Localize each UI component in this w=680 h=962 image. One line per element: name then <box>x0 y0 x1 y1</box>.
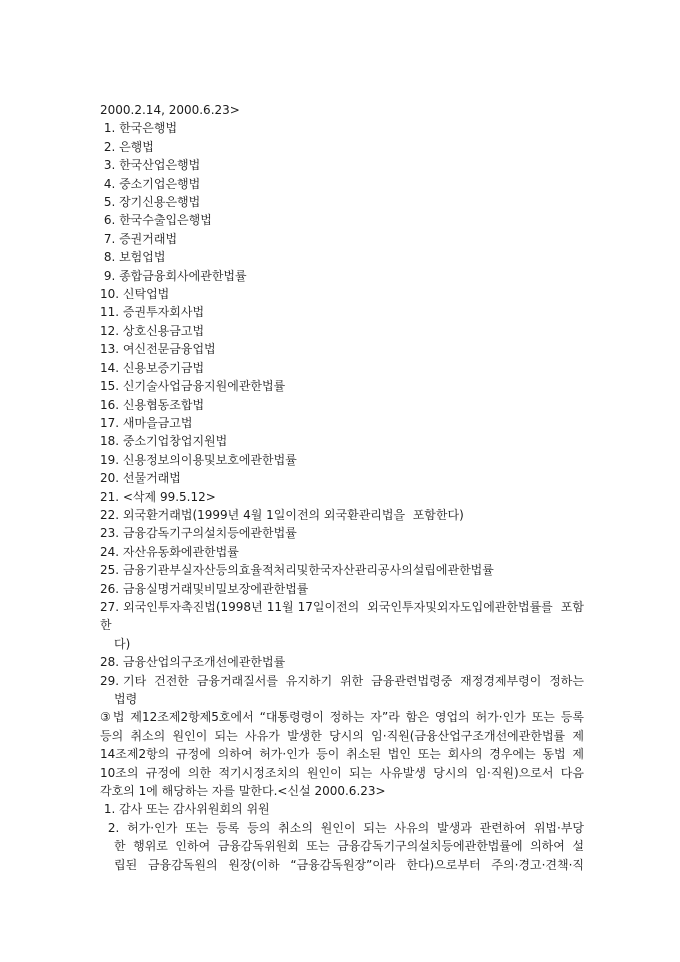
law-list-item: 29. 기타 건전한 금융거래질서를 유지하기 위한 금융관련법령중 재정경제부… <box>100 672 584 690</box>
law-list-item: 24. 자산유동화에관한법률 <box>100 543 584 561</box>
amendment-dates-line: 2000.2.14, 2000.6.23> <box>100 101 584 119</box>
law-list-item: 28. 금융산업의구조개선에관한법률 <box>100 653 584 671</box>
law-list-item: 18. 중소기업창업지원법 <box>100 432 584 450</box>
law-list-item-continuation: 법령 <box>100 690 584 708</box>
law-list-item: 2. 은행법 <box>100 138 584 156</box>
law-list-item: 10. 신탁업법 <box>100 285 584 303</box>
sub-list-item-continuation: 립된 금융감독원의 원장(이하 “금융감독원장”이라 한다)으로부터 주의·경고… <box>100 856 584 874</box>
law-list-item: 22. 외국환거래법(1999년 4월 1일이전의 외국환관리법을 포함한다) <box>100 506 584 524</box>
law-list-item: 4. 중소기업은행법 <box>100 175 584 193</box>
law-list-item: 13. 여신전문금융업법 <box>100 340 584 358</box>
paragraph-3-line: 10조의 규정에 의한 적기시정조치의 원인이 되는 사유발생 당시의 임·직원… <box>100 764 584 782</box>
law-list-item: 8. 보험업법 <box>100 248 584 266</box>
law-list-item: 11. 증권투자회사법 <box>100 303 584 321</box>
law-list-item: 9. 종합금융회사에관한법률 <box>100 267 584 285</box>
law-list-item: 26. 금융실명거래및비밀보장에관한법률 <box>100 580 584 598</box>
law-list-item: 21. <삭제 99.5.12> <box>100 488 584 506</box>
law-list-item: 17. 새마을금고법 <box>100 414 584 432</box>
law-list-item-continuation: 다) <box>100 635 584 653</box>
law-list-item: 6. 한국수출입은행법 <box>100 211 584 229</box>
law-list-item: 23. 금융감독기구의설치등에관한법률 <box>100 524 584 542</box>
paragraph-3-line: 등의 취소의 원인이 되는 사유가 발생한 당시의 임·직원(금융산업구조개선에… <box>100 727 584 745</box>
sub-list-item-continuation: 한 행위로 인하여 금융감독위원회 또는 금융감독기구의설치등에관한법률에 의하… <box>100 837 584 855</box>
law-list-item: 1. 한국은행법 <box>100 119 584 137</box>
paragraph-3-line: ③법 제12조제2항제5호에서 “대통령령이 정하는 자”라 함은 영업의 허가… <box>100 708 584 726</box>
law-list-item: 16. 신용협동조합법 <box>100 396 584 414</box>
law-list-item: 19. 신용정보의이용및보호에관한법률 <box>100 451 584 469</box>
law-list-item: 15. 신기술사업금융지원에관한법률 <box>100 377 584 395</box>
law-list-item: 7. 증권거래법 <box>100 230 584 248</box>
paragraph-3-line: 각호의 1에 해당하는 자를 말한다.<신설 2000.6.23> <box>100 782 584 800</box>
law-list-item: 3. 한국산업은행법 <box>100 156 584 174</box>
law-list-item: 27. 외국인투자촉진법(1998년 11월 17일이전의 외국인투자및외자도입… <box>100 598 584 635</box>
paragraph-3-line: 14조제2항의 규정에 의하여 허가·인가 등이 취소된 법인 또는 회사의 경… <box>100 745 584 763</box>
sub-list-item: 2. 허가·인가 또는 등록 등의 취소의 원인이 되는 사유의 발생과 관련하… <box>100 819 584 837</box>
law-list-item: 25. 금융기관부실자산등의효율적처리및한국자산관리공사의설립에관한법률 <box>100 561 584 579</box>
document-body: 2000.2.14, 2000.6.23> 1. 한국은행법 2. 은행법 3.… <box>100 101 584 874</box>
law-list-item: 12. 상호신용금고법 <box>100 322 584 340</box>
sub-list-item: 1. 감사 또는 감사위원회의 위원 <box>100 800 584 818</box>
law-list-item: 20. 선물거래법 <box>100 469 584 487</box>
law-list-item: 14. 신용보증기금법 <box>100 359 584 377</box>
law-list-item: 5. 장기신용은행법 <box>100 193 584 211</box>
document-page: 2000.2.14, 2000.6.23> 1. 한국은행법 2. 은행법 3.… <box>0 0 680 962</box>
